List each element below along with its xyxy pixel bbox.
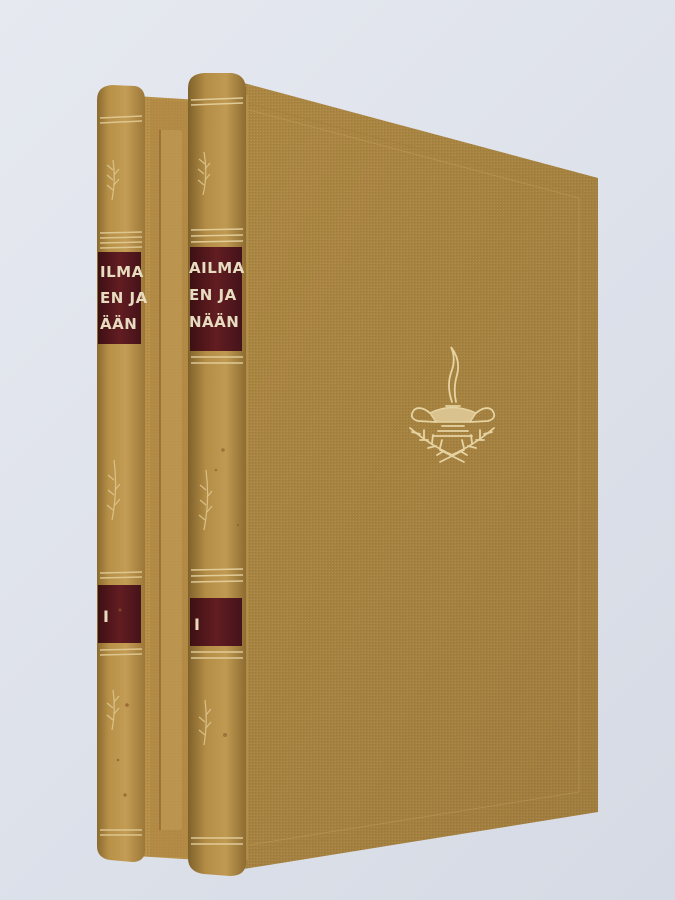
back-spine-title-line-3: ÄÄN (100, 314, 137, 333)
front-spine-title-line-1: AILMA (189, 259, 245, 277)
front-volume: AILMA EN JA NÄÄN I (188, 73, 598, 876)
front-spine-title-line-2: EN JA (189, 286, 237, 304)
book-set-illustration: ILMA EN JA ÄÄN I (0, 0, 675, 900)
book-photo: ILMA EN JA ÄÄN I (0, 0, 675, 900)
back-spine-title-line-2: EN JA (100, 289, 148, 307)
front-volume-number: I (194, 615, 200, 634)
back-spine-title-line-1: ILMA (100, 263, 144, 281)
front-spine-title-line-3: NÄÄN (189, 312, 239, 331)
back-volume: ILMA EN JA ÄÄN I (97, 85, 200, 862)
back-volume-number: I (103, 607, 109, 626)
